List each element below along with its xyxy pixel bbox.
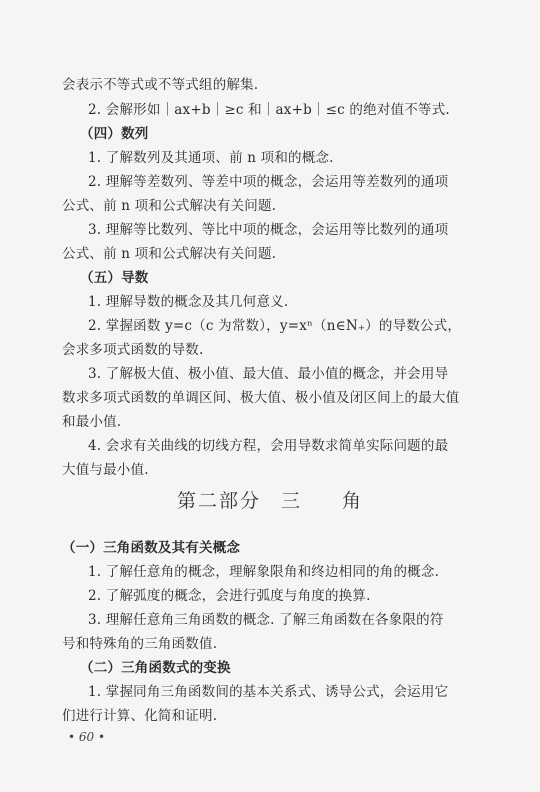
text-line: 会求多项式函数的导数. xyxy=(62,340,204,360)
text-line: 2. 掌握函数 y=c（c 为常数），y=xⁿ（n∈N₊）的导数公式， xyxy=(88,316,461,336)
text-line: 1. 了解任意角的概念，理解象限角和终边相同的角的概念. xyxy=(88,562,439,582)
text-line: 们进行计算、化简和证明. xyxy=(62,706,217,726)
text-line: 和最小值. xyxy=(62,412,121,432)
text-line: 公式、前 n 项和公式解决有关问题. xyxy=(62,244,276,264)
section-heading-sequences: （四）数列 xyxy=(80,124,149,144)
text-line: 1. 理解导数的概念及其几何意义. xyxy=(88,292,288,312)
part-title: 第二部分三角 xyxy=(0,486,540,513)
text-line: 公式、前 n 项和公式解决有关问题. xyxy=(62,196,276,216)
page-number: • 60 • xyxy=(68,730,105,744)
part-name-char-1: 三 xyxy=(281,486,302,513)
text-line: 大值与最小值. xyxy=(62,460,149,480)
text-line: 1. 了解数列及其通项、前 n 项和的概念. xyxy=(88,148,334,168)
text-line: 3. 理解等比数列、等比中项的概念，会运用等比数列的通项 xyxy=(88,220,448,240)
section-heading-derivatives: （五）导数 xyxy=(80,268,149,288)
text-line: 会表示不等式或不等式组的解集. xyxy=(62,75,258,95)
text-line: 2. 理解等差数列、等差中项的概念，会运用等差数列的通项 xyxy=(88,172,448,192)
part-label: 第二部分 xyxy=(177,486,261,513)
text-line: 1. 掌握同角三角函数间的基本关系式、诱导公式，会运用它 xyxy=(88,682,448,702)
text-line: 号和特殊角的三角函数值. xyxy=(62,634,217,654)
section-heading-trig-transform: （二）三角函数式的变换 xyxy=(80,658,231,678)
text-line: 4. 会求有关曲线的切线方程，会用导数求简单实际问题的最 xyxy=(88,436,448,456)
text-line: 数求多项式函数的单调区间、极大值、极小值及闭区间上的最大值 xyxy=(62,388,459,408)
text-line: 3. 了解极大值、极小值、最大值、最小值的概念，并会用导 xyxy=(88,364,448,384)
section-heading-trig-concepts: （一）三角函数及其有关概念 xyxy=(62,538,240,558)
document-page: 会表示不等式或不等式组的解集. 2. 会解形如｜ax+b｜≥c 和｜ax+b｜≤… xyxy=(0,0,540,792)
text-line: 3. 理解任意角三角函数的概念. 了解三角函数在各象限的符 xyxy=(88,610,444,630)
text-line: 2. 会解形如｜ax+b｜≥c 和｜ax+b｜≤c 的绝对值不等式. xyxy=(88,100,450,120)
part-name-char-2: 角 xyxy=(342,486,363,513)
text-line: 2. 了解弧度的概念，会进行弧度与角度的换算. xyxy=(88,586,371,606)
